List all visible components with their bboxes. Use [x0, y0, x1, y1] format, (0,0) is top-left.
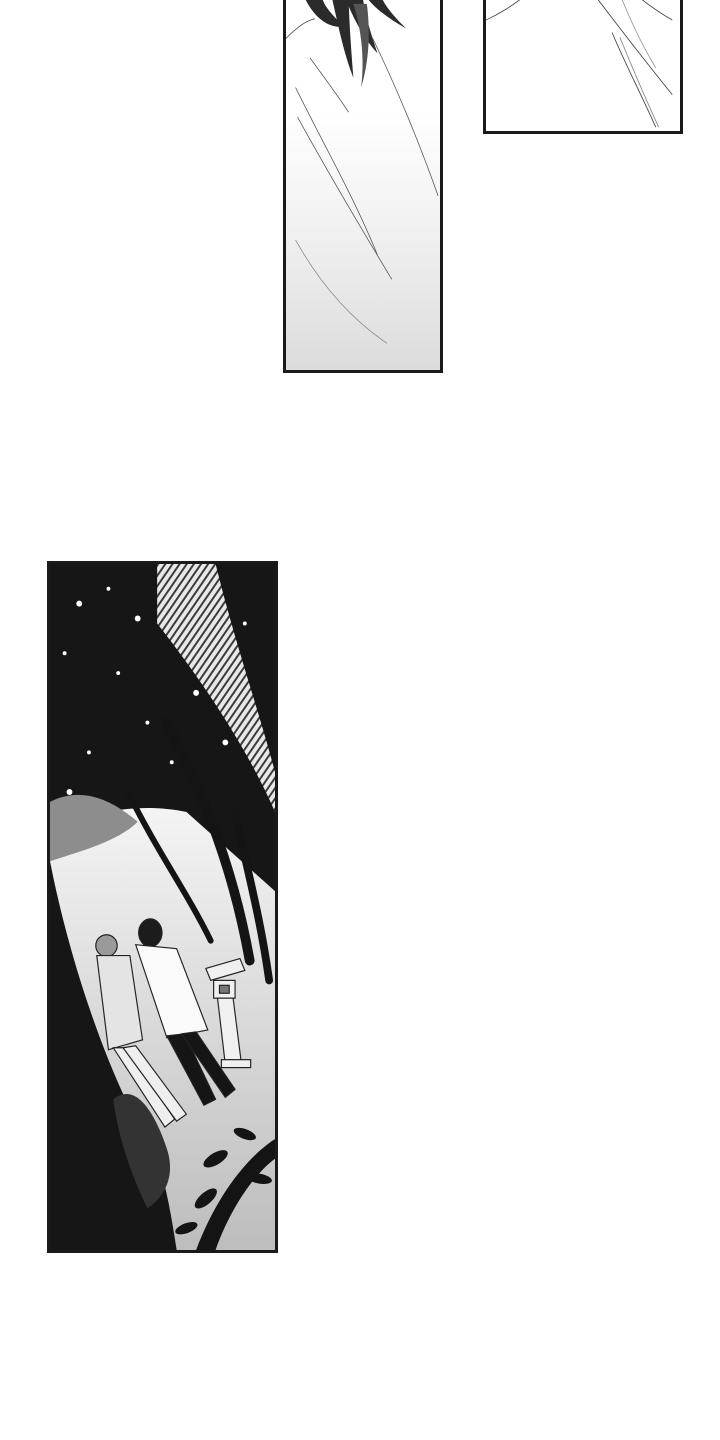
hair-illustration	[286, 0, 440, 370]
manga-panel-forest-path	[47, 561, 278, 1253]
manga-panel-hair-closeup	[283, 0, 443, 373]
manga-panel-hair-strands	[483, 0, 683, 134]
strands-illustration	[486, 0, 680, 131]
forest-illustration	[50, 564, 275, 1250]
